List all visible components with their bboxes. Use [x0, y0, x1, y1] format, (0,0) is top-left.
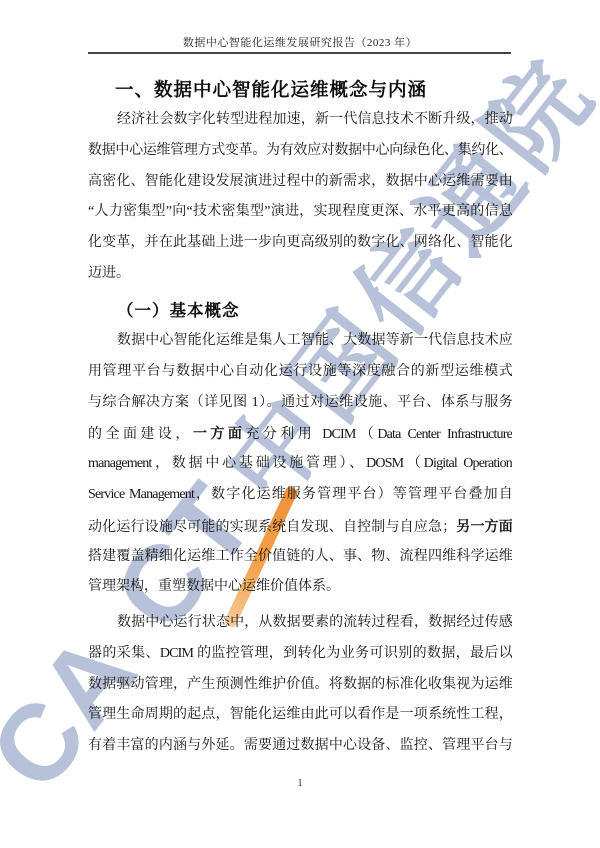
text-line: management，数据中心基础设施管理）、DOSM（Digital Oper…	[88, 449, 512, 480]
text-line: 的全面建设，一方面充分利用 DCIM（Data Center Infrastru…	[88, 418, 512, 449]
text-run: 动化运行设施尽可能的实现系统自发现、自控制与自应急；	[88, 520, 455, 535]
text-line: 管理生命周期的起点，智能化运维由此可以看作是一项系统性工程，	[88, 700, 512, 731]
text-run: “人力密集型”向“技术密集型”演进，实现程度更深、水平更高的信息	[88, 204, 512, 219]
text-run: 管理架构，重塑数据中心运维价值体系。	[88, 579, 340, 594]
text-run: 数据中心运维管理方式变革。为有效应对数据中心向绿色化、集约化、	[88, 143, 512, 158]
header-rule	[88, 52, 511, 54]
text-run: 搭建覆盖精细化运维工作全价值链的人、事、物、流程四维科学运维	[88, 549, 512, 564]
text-run: 充分利用 DCIM（Data Center Infrastructure	[245, 427, 512, 442]
text-run: 的全面建设，	[88, 427, 193, 442]
paragraph-basic-concept: 数据中心智能化运维是集人工智能、大数据等新一代信息技术应用管理平台与数据中心自动…	[88, 326, 512, 603]
text-run: 迈进。	[88, 266, 130, 281]
text-run: 数据驱动管理，产生预测性维护价值。将数据的标准化收集视为运维	[88, 677, 512, 692]
text-line: 化变革，并在此基础上进一步向更高级别的数字化、网络化、智能化	[88, 228, 512, 259]
text-line: 数据中心智能化运维是集人工智能、大数据等新一代信息技术应	[88, 326, 512, 357]
text-line: 高密化、智能化建设发展演进过程中的新需求，数据中心运维需要由	[88, 167, 512, 198]
text-run: 数据中心智能化运维是集人工智能、大数据等新一代信息技术应	[117, 333, 512, 348]
text-run: 与综合解决方案（详见图 1）。通过对运维设施、平台、体系与服务	[88, 395, 512, 410]
bold-text-run: 另一方面	[455, 518, 512, 534]
paragraph-data-flow: 数据中心运行状态中，从数据要素的流转过程看，数据经过传感器的采集、DCIM 的监…	[88, 608, 512, 762]
text-run: 用管理平台与数据中心自动化运行设施等深度融合的新型运维模式	[88, 364, 512, 379]
running-header: 数据中心智能化运维发展研究报告（2023 年）	[0, 34, 600, 50]
text-line: 有着丰富的内涵与外延。需要通过数据中心设备、监控、管理平台与	[88, 731, 512, 762]
text-line: 器的采集、DCIM 的监控管理，到转化为业务可识别的数据，最后以	[88, 639, 512, 670]
text-line: 迈进。	[88, 259, 512, 290]
subsection-heading: （一）基本概念	[117, 297, 240, 321]
text-line: Service Management，数字化运维服务管理平台）等管理平台叠加自	[88, 480, 512, 511]
text-line: 搭建覆盖精细化运维工作全价值链的人、事、物、流程四维科学运维	[88, 542, 512, 573]
text-line: 数据中心运维管理方式变革。为有效应对数据中心向绿色化、集约化、	[88, 136, 512, 167]
paragraph-intro: 经济社会数字化转型进程加速，新一代信息技术不断升级，推动数据中心运维管理方式变革…	[88, 105, 512, 290]
text-run: Service Management，数字化运维服务管理平台）等管理平台叠加自	[88, 487, 512, 502]
text-line: 动化运行设施尽可能的实现系统自发现、自控制与自应急；另一方面	[88, 511, 512, 542]
text-run: 经济社会数字化转型进程加速，新一代信息技术不断升级，推动	[117, 112, 512, 127]
text-run: 有着丰富的内涵与外延。需要通过数据中心设备、监控、管理平台与	[88, 738, 512, 753]
text-run: management，数据中心基础设施管理）、DOSM（Digital Oper…	[88, 456, 512, 471]
bold-text-run: 一方面	[193, 425, 245, 441]
page-number: 1	[0, 777, 600, 789]
text-run: 化变革，并在此基础上进一步向更高级别的数字化、网络化、智能化	[88, 235, 512, 250]
text-line: 用管理平台与数据中心自动化运行设施等深度融合的新型运维模式	[88, 357, 512, 388]
text-run: 器的采集、DCIM 的监控管理，到转化为业务可识别的数据，最后以	[88, 646, 512, 661]
text-line: 数据中心运行状态中，从数据要素的流转过程看，数据经过传感	[88, 608, 512, 639]
document-page: CA CT 中国信通院 数据中心智能化运维发展研究报告（2023 年） 一、数据…	[0, 0, 600, 848]
text-line: 管理架构，重塑数据中心运维价值体系。	[88, 572, 512, 603]
section-heading: 一、数据中心智能化运维概念与内涵	[115, 76, 427, 102]
text-run: 高密化、智能化建设发展演进过程中的新需求，数据中心运维需要由	[88, 174, 512, 189]
text-line: 经济社会数字化转型进程加速，新一代信息技术不断升级，推动	[88, 105, 512, 136]
text-line: “人力密集型”向“技术密集型”演进，实现程度更深、水平更高的信息	[88, 197, 512, 228]
text-run: 数据中心运行状态中，从数据要素的流转过程看，数据经过传感	[117, 615, 512, 630]
page-content: 数据中心智能化运维发展研究报告（2023 年） 一、数据中心智能化运维概念与内涵…	[0, 0, 600, 848]
text-run: 管理生命周期的起点，智能化运维由此可以看作是一项系统性工程，	[88, 707, 512, 722]
text-line: 与综合解决方案（详见图 1）。通过对运维设施、平台、体系与服务	[88, 388, 512, 419]
text-line: 数据驱动管理，产生预测性维护价值。将数据的标准化收集视为运维	[88, 670, 512, 701]
